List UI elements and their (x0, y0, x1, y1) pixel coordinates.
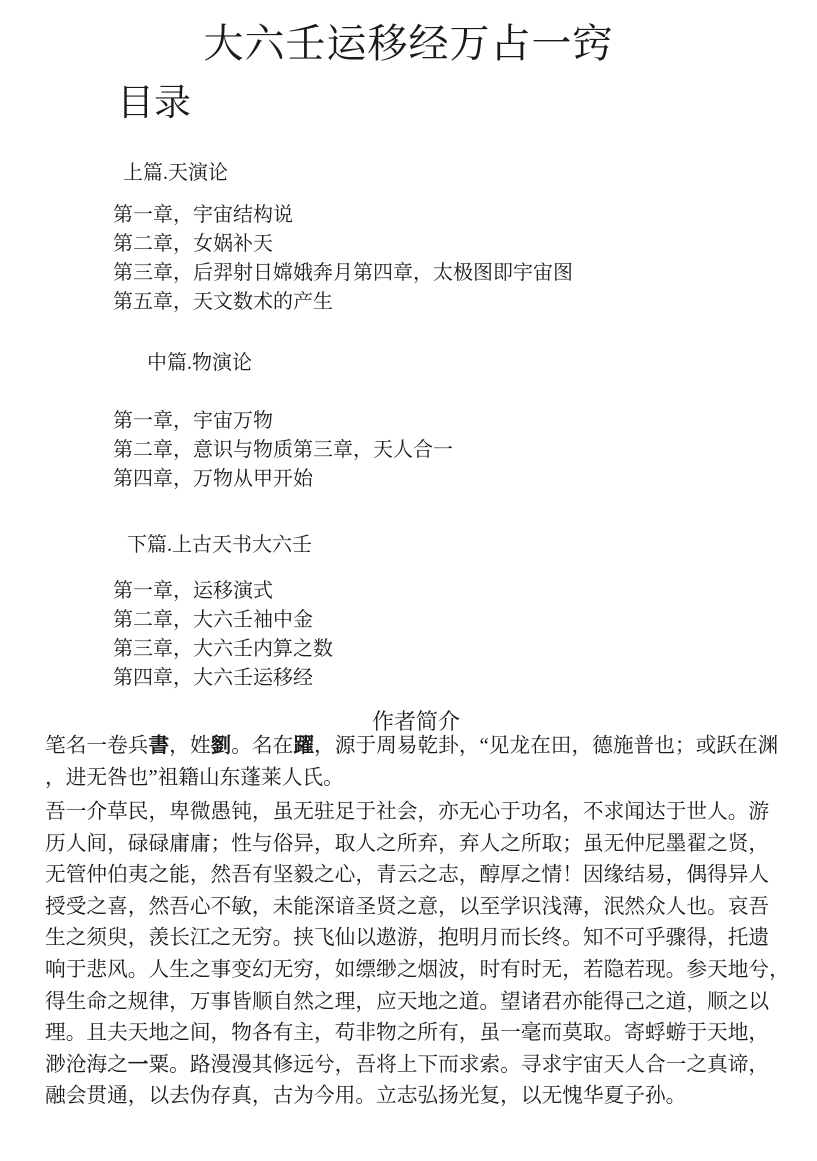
toc-section-heading-middle: 中篇.物演论 (147, 346, 252, 375)
toc-chapter-item: 第一章，运移演式 (113, 577, 333, 606)
toc-chapter-list-lower: 第一章，运移演式 第二章，大六壬袖中金 第三章，大六壬内算之数 第四章，大六壬运… (113, 577, 333, 693)
toc-chapter-list-middle: 第一章，宇宙万物 第二章，意识与物质第三章，天人合一 第四章，万物从甲开始 (113, 407, 453, 494)
toc-chapter-item: 第五章，天文数术的产生 (113, 288, 573, 317)
toc-section-heading-upper: 上篇.天演论 (123, 156, 228, 185)
author-bio-paragraph: 吾一介草民，卑微愚钝，虽无驻足于社会，亦无心于功名，不求闻达于世人。游 历人间，… (45, 797, 811, 1113)
toc-chapter-item: 第二章，女娲补天 (113, 230, 573, 259)
toc-chapter-item: 第四章，万物从甲开始 (113, 465, 453, 494)
toc-chapter-item: 第三章，后羿射日嫦娥奔月第四章，太极图即宇宙图 (113, 259, 573, 288)
toc-chapter-item: 第三章，大六壬内算之数 (113, 635, 333, 664)
toc-chapter-item: 第二章，大六壬袖中金 (113, 606, 333, 635)
toc-chapter-item: 第二章，意识与物质第三章，天人合一 (113, 436, 453, 465)
toc-section-heading-lower: 下篇.上古天书大六壬 (127, 528, 312, 557)
document-title: 大六壬运移经万占一窍 (0, 12, 817, 69)
toc-chapter-list-upper: 第一章，宇宙结构说 第二章，女娲补天 第三章，后羿射日嫦娥奔月第四章，太极图即宇… (113, 201, 573, 317)
author-intro-paragraph: 笔名一卷兵書，姓劉。名在躍，源于周易乾卦，“见龙在田，德施普也；或跃在渊 ，进无… (45, 731, 811, 794)
toc-chapter-item: 第四章，大六壬运移经 (113, 664, 333, 693)
document-page: 大六壬运移经万占一窍 目录 上篇.天演论 第一章，宇宙结构说 第二章，女娲补天 … (0, 0, 817, 1161)
toc-chapter-item: 第一章，宇宙结构说 (113, 201, 573, 230)
toc-chapter-item: 第一章，宇宙万物 (113, 407, 453, 436)
toc-heading: 目录 (117, 72, 191, 126)
